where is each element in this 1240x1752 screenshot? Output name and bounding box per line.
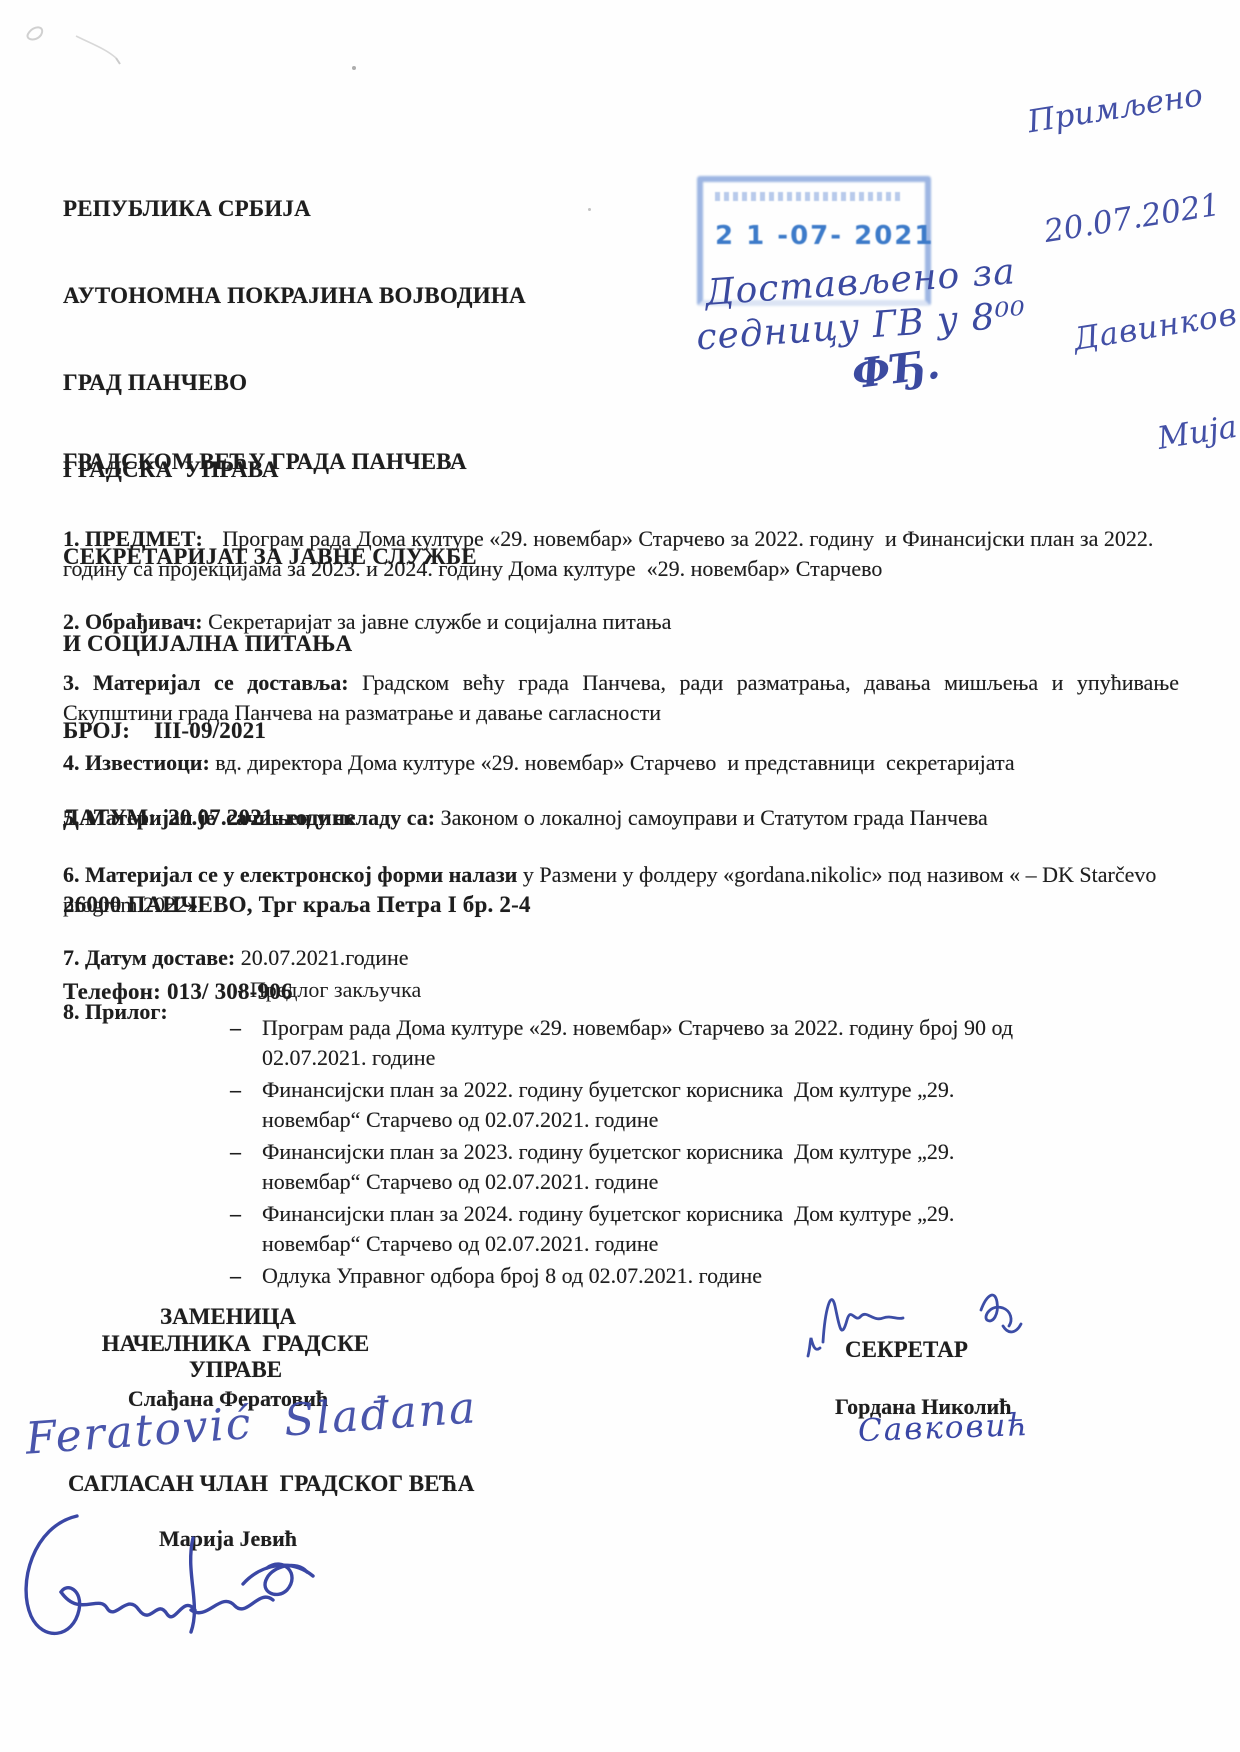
dash-bullet: – bbox=[230, 1137, 262, 1197]
attachment-text: Финансијски план за 2022. годину буџетск… bbox=[262, 1075, 1047, 1135]
item-subject: 1. ПРЕДМЕТ: Програм рада Дома културе «2… bbox=[63, 524, 1179, 584]
attachment-first: - Предлог закључка bbox=[237, 975, 421, 1005]
attachment-item: – Финансијски план за 2023. годину буџет… bbox=[230, 1137, 1080, 1197]
dash-bullet: – bbox=[230, 1075, 262, 1135]
stamp-hand-initials: ФЂ. bbox=[849, 341, 942, 398]
secretary-hand-signature: Савковић bbox=[857, 1407, 1030, 1449]
item-rapporteurs-text: вд. директора Дома културе «29. новембар… bbox=[215, 750, 1014, 775]
item-delivery-date-text: 20.07.2021.године bbox=[241, 945, 409, 970]
letterhead: РЕПУБЛИКА СРБИЈА АУТОНОМНА ПОКРАЈИНА ВОЈ… bbox=[63, 136, 531, 1064]
dash-bullet: – bbox=[230, 1261, 262, 1291]
received-name-2: Мија bbox=[1010, 409, 1240, 481]
addressee-line: ГРАДСКОМ ВЕЋУ ГРАДА ПАНЧЕВА bbox=[63, 449, 467, 475]
item-delivery-label: 3. Материјал се доставља: bbox=[63, 670, 349, 695]
secretary-title: СЕКРЕТАР bbox=[845, 1337, 968, 1363]
scan-smudge-marks bbox=[8, 18, 178, 73]
item-processor-label: 2. Обрађивач: bbox=[63, 609, 203, 634]
attachment-text: Финансијски план за 2024. годину буџетск… bbox=[262, 1199, 1047, 1259]
deputy-title-line2: НАЧЕЛНИКА ГРАДСКЕ УПРАВЕ bbox=[63, 1331, 408, 1383]
attachment-item: – Финансијски план за 2022. годину буџет… bbox=[230, 1075, 1080, 1135]
item-rapporteurs-label: 4. Известиоци: bbox=[63, 750, 210, 775]
scan-speck bbox=[352, 66, 356, 70]
consent-member-title: САГЛАСАН ЧЛАН ГРАДСКОГ ВЕЋА bbox=[68, 1471, 474, 1497]
dash-bullet: – bbox=[230, 1199, 262, 1259]
consent-member-hand-signature bbox=[15, 1498, 335, 1648]
item-subject-text: Програм рада Дома културе «29. новембар»… bbox=[63, 526, 1159, 581]
received-word: Примљено bbox=[958, 77, 1206, 152]
attachment-item: – Програм рада Дома културе «29. новемба… bbox=[230, 1013, 1080, 1073]
attachment-text: Програм рада Дома културе «29. новембар»… bbox=[262, 1013, 1047, 1073]
item-legal-basis: 5. Материјал је сачињен у складу са: Зак… bbox=[63, 803, 1179, 833]
letterhead-line-city: ГРАД ПАНЧЕВО bbox=[63, 368, 531, 397]
deputy-title-line1: ЗАМЕНИЦА bbox=[63, 1304, 393, 1330]
scanned-document-page: РЕПУБЛИКА СРБИЈА АУТОНОМНА ПОКРАЈИНА ВОЈ… bbox=[0, 0, 1240, 1752]
item-delivery-date-label: 7. Датум доставе: bbox=[63, 945, 235, 970]
attachment-list: – Програм рада Дома културе «29. новемба… bbox=[230, 1013, 1080, 1293]
item-delivery: 3. Материјал се доставља: Градском већу … bbox=[63, 668, 1179, 728]
received-name: Давинков bbox=[992, 296, 1240, 371]
date-stamp-faded-text-row bbox=[715, 192, 900, 201]
dash-bullet: – bbox=[230, 1013, 262, 1073]
scan-speck bbox=[588, 208, 591, 211]
item-processor: 2. Обрађивач: Секретаријат за јавне служ… bbox=[63, 607, 1179, 637]
item-electronic-form: 6. Материјал се у електронској форми нал… bbox=[63, 860, 1179, 920]
letterhead-line-country: РЕПУБЛИКА СРБИЈА bbox=[63, 194, 531, 223]
attachment-text: Финансијски план за 2023. годину буџетск… bbox=[262, 1137, 1047, 1197]
item-electronic-form-label: 6. Материјал се у електронској форми нал… bbox=[63, 862, 517, 887]
letterhead-line-province: АУТОНОМНА ПОКРАЈИНА ВОЈВОДИНА bbox=[63, 281, 531, 310]
item-processor-text: Секретаријат за јавне службе и социјална… bbox=[208, 609, 671, 634]
item-delivery-date: 7. Датум доставе: 20.07.2021.године bbox=[63, 943, 1179, 973]
item-legal-basis-text: Законом о локалној самоуправи и Статутом… bbox=[441, 805, 988, 830]
item-attachments-label: 8. Прилог: bbox=[63, 999, 168, 1024]
item-legal-basis-label: 5. Материјал је сачињен у складу са: bbox=[63, 805, 435, 830]
item-subject-label: 1. ПРЕДМЕТ: bbox=[63, 526, 203, 551]
date-stamp-date: 2 1 -07- 2021 bbox=[715, 221, 905, 251]
attachment-item: – Финансијски план за 2024. годину буџет… bbox=[230, 1199, 1080, 1259]
item-rapporteurs: 4. Известиоци: вд. директора Дома култур… bbox=[63, 748, 1179, 778]
